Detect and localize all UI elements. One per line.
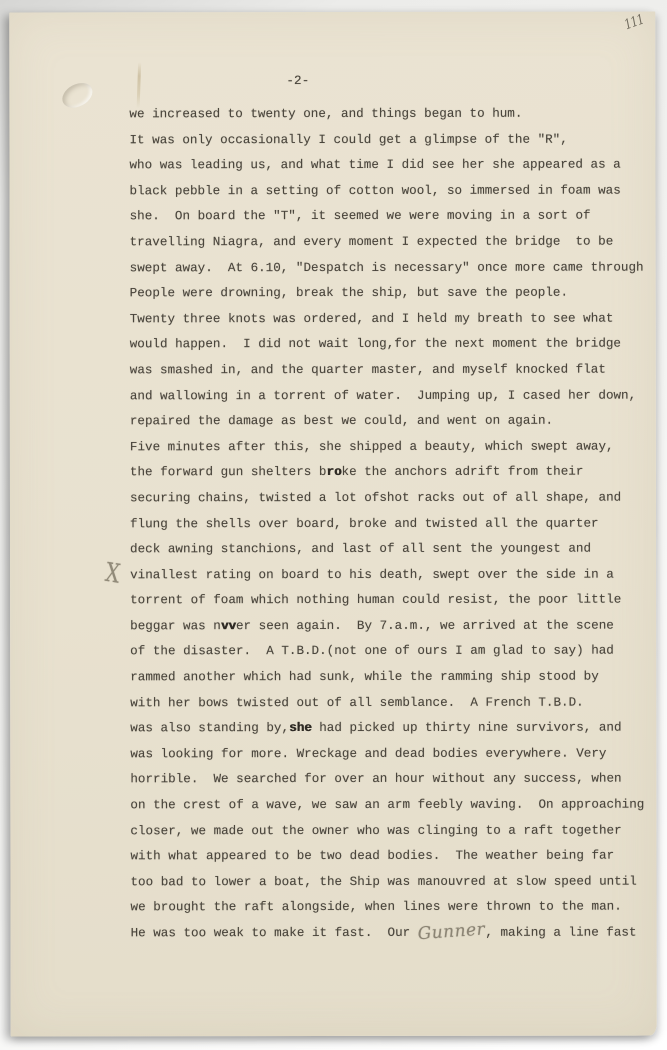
typewritten-line: Twenty three knots was ordered, and I he… — [130, 306, 660, 332]
typewritten-line: closer, we made out the owner who was cl… — [130, 818, 660, 844]
typewritten-line: of the disaster. A T.B.D.(not one of our… — [130, 639, 660, 665]
typewritten-line: on the crest of a wave, we saw an arm fe… — [130, 793, 660, 819]
document-page: 111 -2- we increased to twenty one, and … — [9, 12, 656, 1037]
pencil-corner-mark: 111 — [622, 11, 646, 33]
typewritten-line: would happen. I did not wait long,for th… — [130, 332, 660, 358]
typewritten-line: flung the shells over board, broke and t… — [130, 511, 660, 537]
typewritten-line: People were drowning, break the ship, bu… — [130, 281, 660, 307]
typewritten-line: deck awning stanchions, and last of all … — [130, 537, 660, 563]
typewritten-line: with her bows twisted out of all semblan… — [130, 690, 660, 716]
typewritten-line: He was too weak to make it fast. Our Gun… — [131, 921, 661, 947]
typewritten-line: and wallowing in a torrent of water. Jum… — [130, 383, 660, 409]
page-number: -2- — [286, 74, 309, 88]
typewritten-line: torrent of foam which nothing human coul… — [130, 588, 660, 614]
typewritten-line: black pebble in a setting of cotton wool… — [130, 178, 660, 204]
typewritten-line: Xvinallest rating on board to his death,… — [130, 562, 660, 588]
typewritten-line: repaired the damage as best we could, an… — [130, 409, 660, 435]
typewritten-line: with what appeared to be two dead bodies… — [130, 844, 660, 870]
typewritten-line: too bad to lower a boat, the Ship was ma… — [130, 869, 660, 895]
margin-x-mark: X — [103, 557, 122, 591]
typewritten-line: who was leading us, and what time I did … — [129, 153, 659, 179]
typewritten-line: It was only occasionally I could get a g… — [129, 127, 659, 153]
typewritten-line: Five minutes after this, she shipped a b… — [130, 434, 660, 460]
typewritten-line: the forward gun shelters broke the ancho… — [130, 460, 660, 486]
typewritten-line: she. On board the "T", it seemed we were… — [130, 204, 660, 230]
typewritten-line: we increased to twenty one, and things b… — [129, 102, 659, 128]
typewritten-line: travelling Niagra, and every moment I ex… — [130, 230, 660, 256]
typewritten-line: beggar was nvver seen again. By 7.a.m., … — [130, 613, 660, 639]
paper-crease-curl — [58, 78, 97, 112]
typed-body: we increased to twenty one, and things b… — [129, 102, 660, 947]
typewritten-line: swept away. At 6.10, "Despatch is necess… — [130, 255, 660, 281]
handwritten-word: Gunner — [417, 923, 485, 940]
typewritten-line: was also standing by,she had picked up t… — [130, 716, 660, 742]
typewritten-line: horrible. We searched for over an hour w… — [130, 767, 660, 793]
typewritten-line: rammed another which had sunk, while the… — [130, 665, 660, 691]
typewritten-line: was smashed in, and the quarter master, … — [130, 357, 660, 383]
typewritten-line: was looking for more. Wreckage and dead … — [130, 741, 660, 767]
typewritten-line: we brought the raft alongside, when line… — [131, 895, 661, 921]
typewritten-line: securing chains, twisted a lot ofshot ra… — [130, 485, 660, 511]
